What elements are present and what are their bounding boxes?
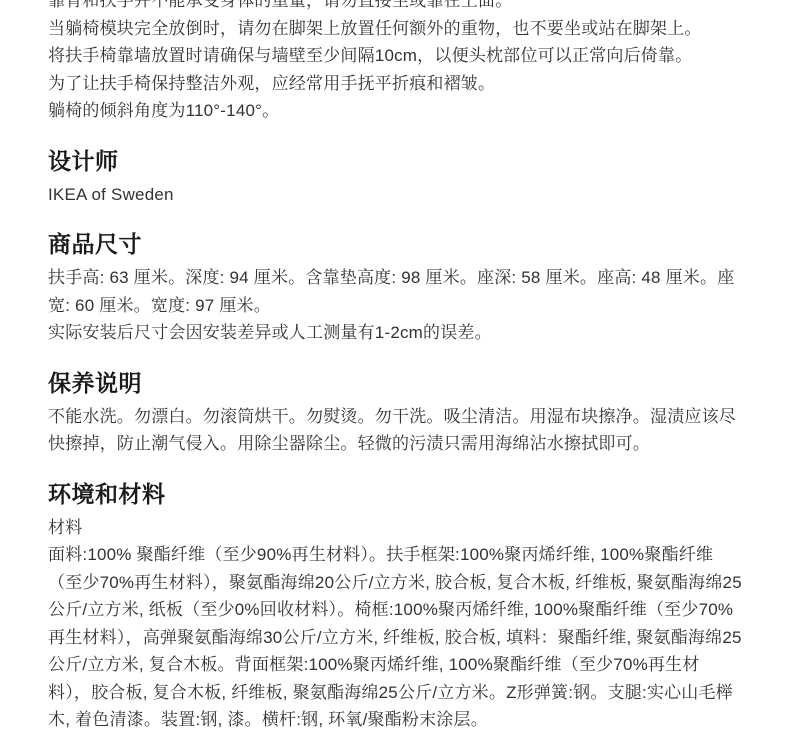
usage-note-line: 将扶手椅靠墙放置时请确保与墙壁至少间隔10cm，以便头枕部位可以正常向后倚靠。 [48,42,742,70]
materials-section: 环境和材料 材料 面料:100% 聚酯纤维（至少90%再生材料）。扶手框架:10… [48,480,742,734]
materials-composition-text: 面料:100% 聚酯纤维（至少90%再生材料）。扶手框架:100%聚丙烯纤维, … [48,541,742,734]
designer-name: IKEA of Sweden [48,181,742,209]
care-instructions-heading: 保养说明 [48,369,742,397]
usage-note-line: 靠背和扶手并不能承受身体的重量，请勿直接坐或靠在上面。 [48,0,742,15]
care-instructions-text: 不能水洗。勿漂白。勿滚筒烘干。勿熨烫。勿干洗。吸尘清洁。用湿布块擦净。湿渍应该尽… [48,403,742,458]
materials-heading: 环境和材料 [48,480,742,508]
dimensions-heading: 商品尺寸 [48,230,742,258]
usage-note-line: 躺椅的倾斜角度为110°-140°。 [48,97,742,125]
designer-heading: 设计师 [48,147,742,175]
dimensions-section: 商品尺寸 扶手高: 63 厘米。深度: 94 厘米。含靠垫高度: 98 厘米。座… [48,230,742,347]
usage-notes-section: 靠背和扶手并不能承受身体的重量，请勿直接坐或靠在上面。 当躺椅模块完全放倒时，请… [48,0,742,125]
dimensions-values: 扶手高: 63 厘米。深度: 94 厘米。含靠垫高度: 98 厘米。座深: 58… [48,264,742,319]
usage-note-line: 当躺椅模块完全放倒时，请勿在脚架上放置任何额外的重物，也不要坐或站在脚架上。 [48,15,742,43]
care-instructions-section: 保养说明 不能水洗。勿漂白。勿滚筒烘干。勿熨烫。勿干洗。吸尘清洁。用湿布块擦净。… [48,369,742,458]
materials-sublabel: 材料 [48,514,742,542]
usage-note-line: 为了让扶手椅保持整洁外观，应经常用手抚平折痕和褶皱。 [48,70,742,98]
dimensions-tolerance-note: 实际安装后尺寸会因安装差异或人工测量有1-2cm的误差。 [48,319,742,347]
product-detail-page: 靠背和扶手并不能承受身体的重量，请勿直接坐或靠在上面。 当躺椅模块完全放倒时，请… [0,0,790,734]
designer-section: 设计师 IKEA of Sweden [48,147,742,209]
